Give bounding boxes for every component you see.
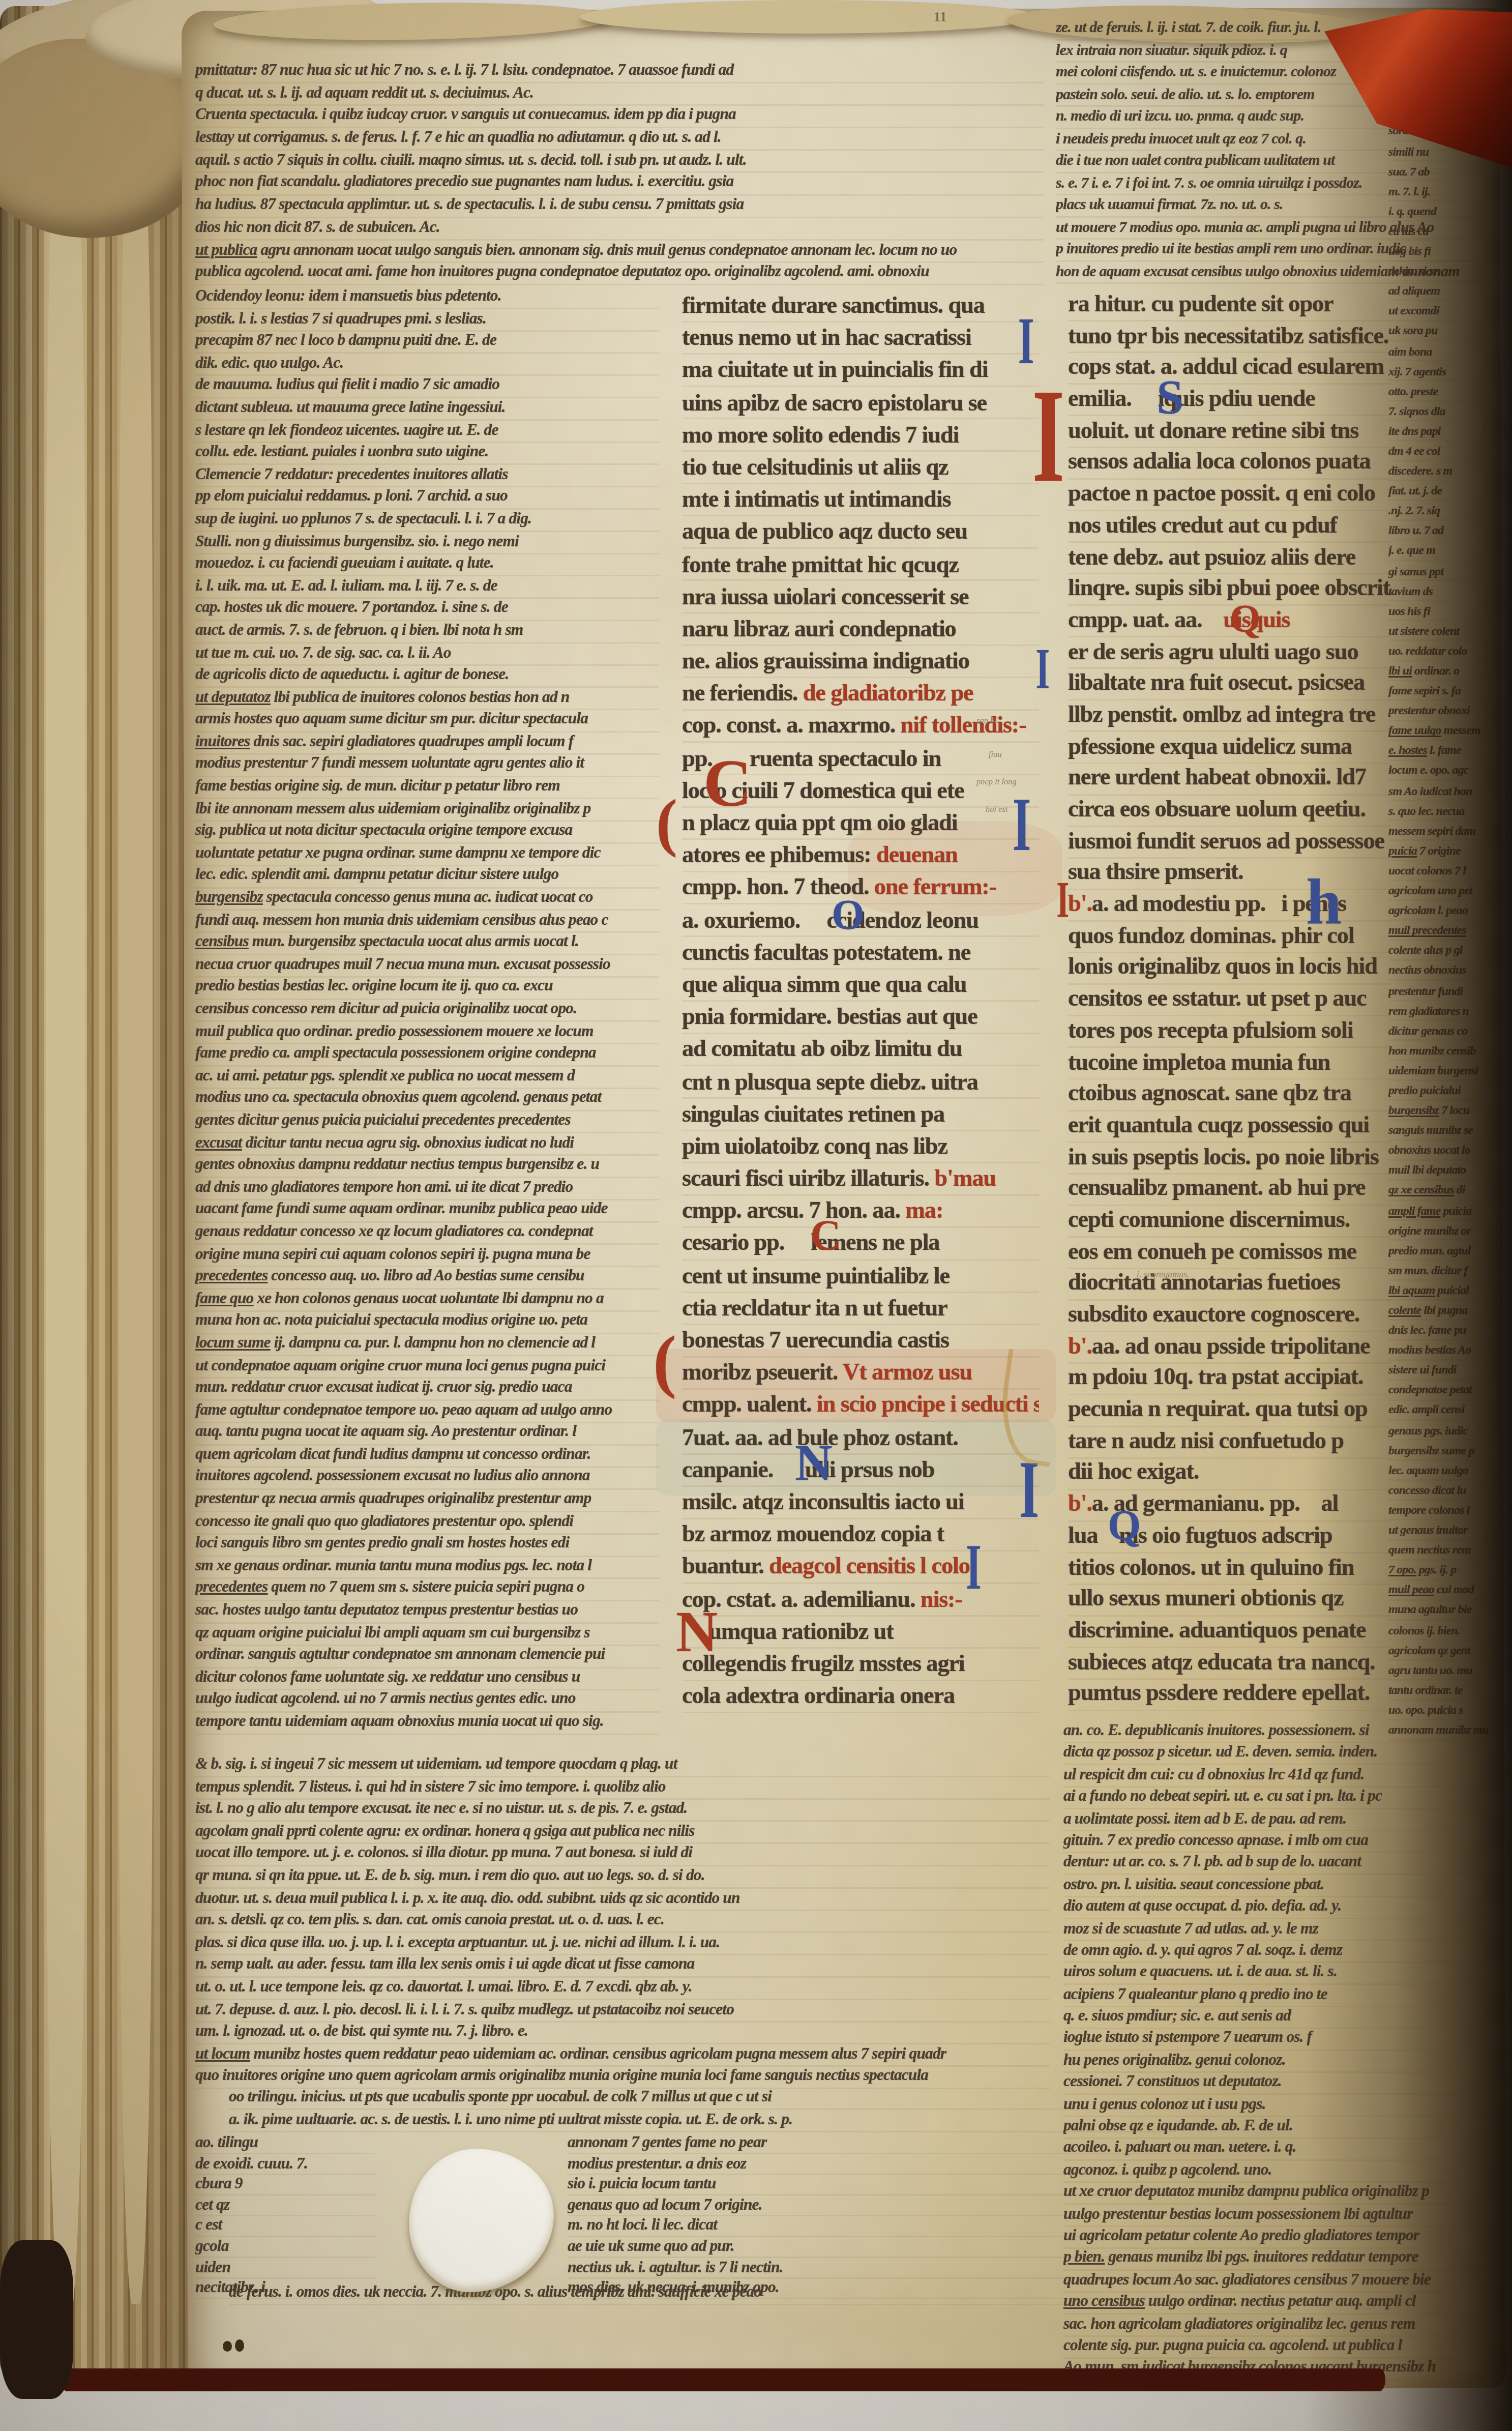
shadow-corner	[0, 2240, 73, 2399]
interlinear-note: fiau	[989, 751, 1002, 760]
interlinear-note: i. segregamus.	[1137, 1271, 1190, 1280]
illuminated-initial-C: C	[703, 757, 752, 811]
ink-blot	[235, 2339, 244, 2352]
illuminated-initial-h: h	[1306, 879, 1342, 930]
illuminated-initial-N: N	[676, 1610, 718, 1656]
main-column-center: firmitate durare sanctimus. quatenus nem…	[682, 290, 1039, 1716]
illuminated-initial-C: C	[810, 1221, 841, 1255]
illuminated-initial-S: S	[1157, 378, 1183, 418]
text-layer: pmittatur: 87 nuc hua sic ut hic 7 no. s…	[0, 0, 1512, 2431]
main-column-right: ra hitur. cu pudente sit oportuno tpr bi…	[1068, 290, 1391, 1715]
interlinear-note: san bi	[976, 717, 997, 726]
illuminated-initial-N: N	[795, 1444, 833, 1485]
illuminated-initial-Q: Q	[1108, 1511, 1141, 1545]
interlinear-note: hoi est	[986, 806, 1008, 815]
illuminated-initial-I: I	[966, 1544, 981, 1596]
gloss-region-far-right-margin: stuls quoyq. E. de reuo. 7 de aknu. b qz…	[1388, 21, 1489, 1744]
gloss-region-bottom-wide-2: de ferus. i. omos dies. uk neccia. 7. mu…	[229, 2283, 1205, 2308]
ink-blot	[223, 2341, 232, 2352]
illuminated-initial-I: I	[1019, 1457, 1039, 1524]
illuminated-initial-I: I	[1032, 385, 1065, 492]
illuminated-initial-I: I	[1057, 881, 1070, 922]
manuscript-photo: 11 pmittatur: 87 nuc hua sic ut hic 7 no…	[0, 0, 1512, 2431]
interlinear-note: pncp it long	[976, 778, 1017, 787]
illuminated-initial-O: O	[832, 900, 865, 934]
gloss-region-bottom-wide-1: oo trilingu. inicius. ut pts que ucabuli…	[229, 2088, 1175, 2135]
book-cover-bottom-edge	[61, 2368, 1385, 2391]
illuminated-initial-I: I	[1018, 314, 1034, 368]
gloss-region-bottom-hole-right: annonam 7 gentes fame no pearmodius pres…	[568, 2133, 1208, 2302]
illuminated-initial-I: I	[1013, 794, 1031, 855]
illuminated-initial-Q: Q	[1230, 604, 1261, 636]
rubric-bracket-mark: (	[653, 1334, 676, 1390]
illuminated-initial-I: I	[1035, 647, 1050, 693]
gloss-region-top-left-block: pmittatur: 87 nuc hua sic ut hic 7 no. s…	[195, 61, 1044, 288]
gloss-region-bottom-left-block: & b. sig. i. si ingeui 7 sic messem ut u…	[195, 1755, 1050, 2092]
gloss-region-left-gloss-column: Ocidendoy leonu: idem i mansuetis bius p…	[195, 287, 659, 1738]
rubric-bracket-mark: (	[656, 800, 677, 851]
gloss-region-bottom-hole-left: ao. tilingude exoidi. cuuu. 7.cbura 9cet…	[195, 2133, 375, 2302]
